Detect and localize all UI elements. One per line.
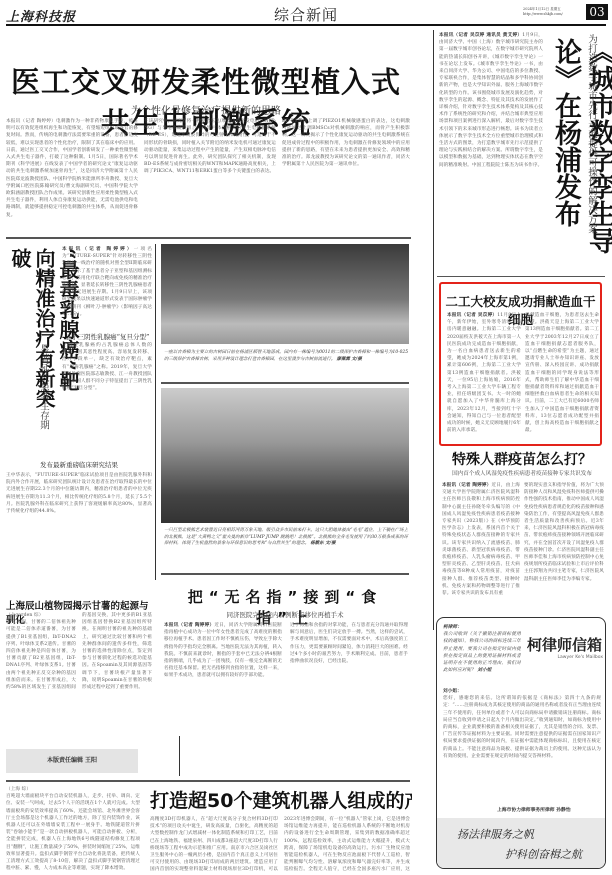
sweet-potato-body: （上garden 综）研究表明，甘薯的二倍体祖先种可能是二倍体赤道番薯，为甘薯提…	[6, 612, 152, 738]
column-divider-left	[155, 244, 156, 580]
mailbox-slogan-area: 扬法律服务之帆 护科创奋楫之航	[437, 818, 605, 868]
photo-divider	[161, 382, 409, 384]
header-divider	[6, 24, 606, 26]
mailbox-reply: 刘小姐：您好，感谢您的来信。这所谓知的依据是《商标法》第四十九条的规定：“……注…	[443, 688, 601, 804]
breast-cancer-subsection1-body: 三阴性乳腺癌约占乳腺癌总体人数的15%，因其恶性程度高、容易复发转移、治疗手段单…	[62, 342, 152, 412]
photo2-divider	[161, 573, 409, 575]
breast-cancer-intro: 本报讯（记者 陶婷婷）一项名为“FUTURE-SUPER”针对转移性三阴性乳腺癌…	[62, 246, 152, 326]
sweet-potato-source: （上garden 综）	[6, 613, 43, 618]
mailbox-brand: 柯律师信箱 Lawyer Ke's Mailbox	[527, 634, 603, 660]
vaccine-subheadline: 国内首个成人风湿免疫性疾病患者疫苗接种专家共识发布	[437, 469, 607, 477]
breast-cancer-subsection2-title: 发布最新重磅临床研究结果	[6, 460, 152, 469]
robots-headline: 打造超50个建筑机器人组成的产品方阵	[150, 786, 412, 813]
finger-col1: 本报讯（记者 陶婷婷）近日，同济大学附属同济医院断指再植中心成功为一位中年女性患…	[164, 622, 282, 772]
breast-cancer-byline: 本报讯（记者 陶婷婷）	[62, 247, 134, 252]
photo1-credit: 廖佩霖 文/摄	[337, 357, 362, 362]
mailbox-brand-en: Lawyer Ke's Mailbox	[527, 655, 603, 660]
vaccine-headline: 特殊人群疫苗怎么打？	[437, 449, 607, 469]
robots-source: （上海 综）	[6, 787, 31, 792]
mailbox-question: 柯律师：我公司收到（关于撤销注册商标使用权的通知），称我公司的商标连续三年停止使…	[443, 624, 521, 686]
digital-twin-body: 1月9日，由同济大学、中国（上海）数字城市研究院主办的第一届数字城市创谷论坛，在…	[439, 33, 543, 168]
slogan-line-1: 扬法律服务之帆	[457, 826, 534, 842]
stem-cell-col1: 本报讯（记者 吴苡婷）11月8日上午，新年伊始，室外寒冬清寒，病房内暖意融融。上…	[447, 312, 521, 444]
photo2-credit: 杨馥东 文/摄	[310, 541, 335, 546]
photo2-caption: 一只巨型北极熊艺术装置近日亮相苏河湾万象天地，吸引众多市民前来打卡。这只大胆地体…	[164, 528, 408, 558]
main-subheadline: 为个性化骨修复治疗提供新的思路	[0, 102, 412, 117]
column-divider	[433, 30, 434, 630]
stem-cell-article-highlight[interactable]: 二工大校友成功捐献造血干细胞 本报讯（记者 吴苡婷）11月8日上午，新年伊始，室…	[439, 282, 602, 446]
section-title: 综合新闻	[0, 4, 612, 25]
digital-twin-byline: 本报讯（记者 吴苡婷 通讯员 黄艾婷）	[439, 33, 522, 38]
finger-col2: 近于拇指和食指的对掌功能，在与患者充分沟通并取得理解与同意后，医生们决定放手一搏…	[290, 622, 408, 772]
finger-byline: 本报讯（记者 陶婷婷）	[164, 623, 214, 628]
mailbox-asker: 刘小姐	[477, 668, 491, 673]
main-article-col1: 本报讯（记者 陶婷婷）电刺激作为一种非药物康复手段，被证明可以有效促进组织再生和…	[6, 118, 138, 228]
slogan-line-2: 护科创奋楫之航	[505, 846, 582, 862]
column-divider-bottom	[179, 736, 180, 776]
stem-cell-col2: 捐献造血干细胞，为患者送去生命希望。洪莜天是上海第二工业大学第13例造血干细胞捐…	[525, 312, 599, 444]
vaccine-byline: 本报讯（记者 陶婷婷）	[442, 483, 491, 488]
vaccine-col1: 本报讯（记者 陶婷婷）近日，由上海交通大学医学院附属仁济医院风湿科主任医师吕良敬…	[442, 482, 520, 610]
mailbox-brand-cn: 柯律师信箱	[527, 634, 603, 655]
robots-col3: 2023年进博会期间，有一位“机器人”管家上岗，它是进博会场馆运维能力再提升，能…	[284, 816, 410, 872]
website-url[interactable]: http://www.shkjb.com/	[523, 12, 563, 17]
breast-cancer-subhead: 显著延长患者生存期	[36, 344, 50, 444]
polar-bear-photo	[161, 388, 409, 523]
photo1-caption: 一座以古香樟为主要立的古树园日前在杨浦区稻智天地落成。园内有一株编号为0011的…	[164, 350, 408, 378]
page-number: 03	[586, 4, 608, 20]
stem-cell-byline: 本报讯（记者 吴苡婷）	[447, 313, 497, 318]
section-divider	[6, 237, 411, 239]
breast-cancer-subsection1-title: 基于三阴性乳腺癌“复旦分型”	[62, 332, 152, 341]
digital-twin-subhead: 为打造数字城市先行示范提供可操作的解决方案	[584, 34, 598, 234]
robots-col2: 高精度3D打印机器人，在“超大尺度高分子复合材料3D打印技术”的项目攻关中诞生，…	[150, 816, 278, 872]
digital-twin-article: 本报讯（记者 吴苡婷 通讯员 黄艾婷）1月9日，由同济大学、中国（上海）数字城市…	[439, 32, 543, 270]
main-article-col2: 在该研究中，研究者将一种复合压电/摩擦电纳米发电机（HTP-NG）与导电水凝胶组…	[144, 118, 276, 228]
vaccine-col2: 要的现实意义和指导价值，将为广大预防接种人员和风湿免疫科医师提供可操作性强的技术…	[524, 482, 604, 610]
main-article-col3: BD-ES系统上调了PIEZO1机械敏感蛋白的表达，这电刺激可能通过上调BMSC…	[282, 118, 410, 228]
issue-date-block: 2024年1月12日 星期五 http://www.shkjb.com/	[523, 7, 563, 17]
finger-subheadline: 同济医院完成院内首例断指移位再植手术	[161, 610, 409, 619]
camphor-park-photo	[161, 244, 409, 344]
mailbox-signature: 上海市协力律师事务所律师 孙静怡	[497, 806, 571, 813]
right-divider	[437, 276, 605, 277]
digital-twin-headline: 《城市数字孪生导论》在杨浦发布	[548, 38, 612, 278]
bottom-divider	[6, 780, 410, 782]
robots-col1: （上海 综）百吨超大墙面板块平台自动安装机器人，走步、托举、调向、定位、安装一气…	[6, 786, 140, 872]
editor-credit: 本版责任编辑 王阳	[6, 749, 138, 773]
lawyer-mailbox-box: 柯律师：我公司收到（关于撤销注册商标使用权的通知），称我公司的商标连续三年停止使…	[436, 617, 606, 869]
breast-cancer-subsection2-body: 王中华表示，“FUTURE-SUPER”临床试验项目是由医院乳腺外科和院内外合作…	[6, 472, 152, 590]
